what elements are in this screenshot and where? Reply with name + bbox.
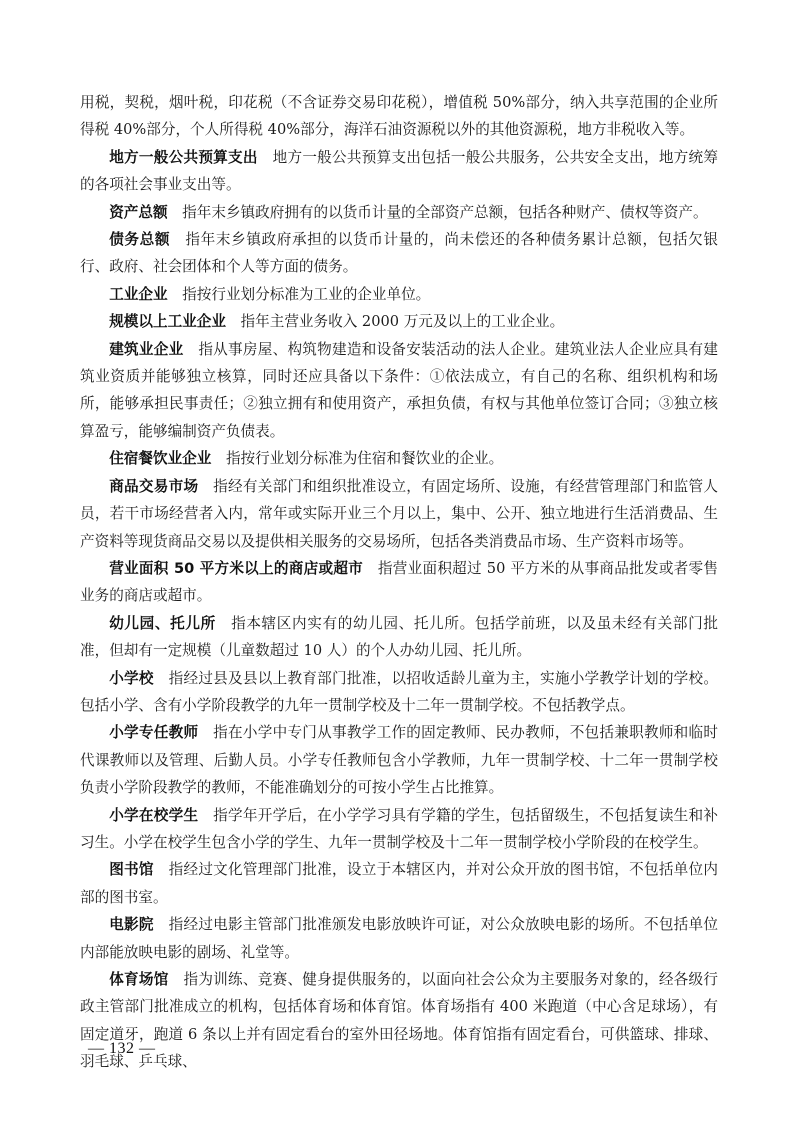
- glossary-entry: 幼儿园、托儿所指本辖区内实有的幼儿园、托儿所。包括学前班，以及虽未经有关部门批准…: [80, 610, 718, 665]
- glossary-entry: 营业面积 50 平方米以上的商店或超市指营业面积超过 50 平方米的从事商品批发…: [80, 555, 718, 610]
- entry-term: 地方一般公共预算支出: [109, 149, 258, 166]
- entry-term: 电影院: [109, 916, 154, 933]
- entry-term: 体育场馆: [109, 971, 168, 988]
- page-number: — 132 —: [88, 1040, 156, 1058]
- entry-term: 建筑业企业: [109, 341, 183, 358]
- entry-definition: 指年末乡镇政府拥有的以货币计量的全部资产总额，包括各种财产、债权等资产。: [182, 204, 707, 221]
- entry-term: 小学在校学生: [109, 807, 198, 824]
- entry-term: 资产总额: [109, 204, 167, 221]
- entry-definition: 指按行业划分标准为工业的企业单位。: [182, 286, 430, 303]
- glossary-entry: 资产总额指年末乡镇政府拥有的以货币计量的全部资产总额，包括各种财产、债权等资产。: [80, 199, 718, 226]
- glossary-entry: 债务总额指年末乡镇政府承担的以货币计量的，尚未偿还的各种债务累计总额，包括欠银行…: [80, 226, 718, 281]
- glossary-entry: 小学专任教师指在小学中专门从事教学工作的固定教师、民办教师，不包括兼职教师和临时…: [80, 719, 718, 801]
- glossary-entry: 电影院指经过电影主管部门批准颁发电影放映许可证，对公众放映电影的场所。不包括单位…: [80, 911, 718, 966]
- glossary-entry: 小学在校学生指学年开学后，在小学学习具有学籍的学生，包括留级生，不包括复读生和补…: [80, 802, 718, 857]
- entry-term: 债务总额: [109, 231, 170, 248]
- glossary-entry: 规模以上工业企业指年主营业务收入 2000 万元及以上的工业企业。: [80, 308, 718, 335]
- entry-definition: 指经过县及县以上教育部门批准，以招收适龄儿童为主，实施小学教学计划的学校。包括小…: [80, 670, 718, 714]
- entry-definition: 指经过电影主管部门批准颁发电影放映许可证，对公众放映电影的场所。不包括单位内部能…: [80, 916, 718, 960]
- glossary-entry: 工业企业指按行业划分标准为工业的企业单位。: [80, 281, 718, 308]
- entry-term: 小学专任教师: [109, 724, 198, 741]
- glossary-entry: 图书馆指经过文化管理部门批准，设立于本辖区内，并对公众开放的图书馆，不包括单位内…: [80, 856, 718, 911]
- entry-definition: 指为训练、竞赛、健身提供服务的，以面向社会公众为主要服务对象的，经各级行政主管部…: [80, 971, 718, 1070]
- entry-term: 规模以上工业企业: [109, 313, 226, 330]
- continuation-paragraph: 用税，契税，烟叶税，印花税（不含证券交易印花税），增值税 50%部分，纳入共享范…: [80, 89, 718, 144]
- entry-definition: 指经过文化管理部门批准，设立于本辖区内，并对公众开放的图书馆，不包括单位内部的图…: [80, 861, 718, 905]
- glossary-entry: 建筑业企业指从事房屋、构筑物建造和设备安装活动的法人企业。建筑业法人企业应具有建…: [80, 336, 718, 446]
- entry-definition: 指按行业划分标准为住宿和餐饮业的企业。: [226, 450, 503, 467]
- entry-term: 工业企业: [109, 286, 167, 303]
- entry-definition: 指年主营业务收入 2000 万元及以上的工业企业。: [241, 313, 565, 330]
- glossary-entries: 地方一般公共预算支出地方一般公共预算支出包括一般公共服务，公共安全支出，地方统筹…: [80, 144, 718, 1076]
- glossary-entry: 商品交易市场指经有关部门和组织批准设立，有固定场所、设施，有经营管理部门和监管人…: [80, 473, 718, 555]
- entry-term: 商品交易市场: [109, 478, 198, 495]
- entry-definition: 指年末乡镇政府承担的以货币计量的，尚未偿还的各种债务累计总额，包括欠银行、政府、…: [80, 231, 718, 275]
- entry-term: 幼儿园、托儿所: [109, 615, 216, 632]
- entry-term: 图书馆: [109, 861, 154, 878]
- glossary-entry: 小学校指经过县及县以上教育部门批准，以招收适龄儿童为主，实施小学教学计划的学校。…: [80, 665, 718, 720]
- glossary-entry: 体育场馆指为训练、竞赛、健身提供服务的，以面向社会公众为主要服务对象的，经各级行…: [80, 966, 718, 1076]
- glossary-entry: 地方一般公共预算支出地方一般公共预算支出包括一般公共服务，公共安全支出，地方统筹…: [80, 144, 718, 199]
- entry-term: 住宿餐饮业企业: [109, 450, 211, 467]
- document-body: 用税，契税，烟叶税，印花税（不含证券交易印花税），增值税 50%部分，纳入共享范…: [80, 89, 718, 1076]
- entry-term: 营业面积 50 平方米以上的商店或超市: [109, 560, 363, 577]
- entry-term: 小学校: [109, 670, 154, 687]
- glossary-entry: 住宿餐饮业企业指按行业划分标准为住宿和餐饮业的企业。: [80, 445, 718, 472]
